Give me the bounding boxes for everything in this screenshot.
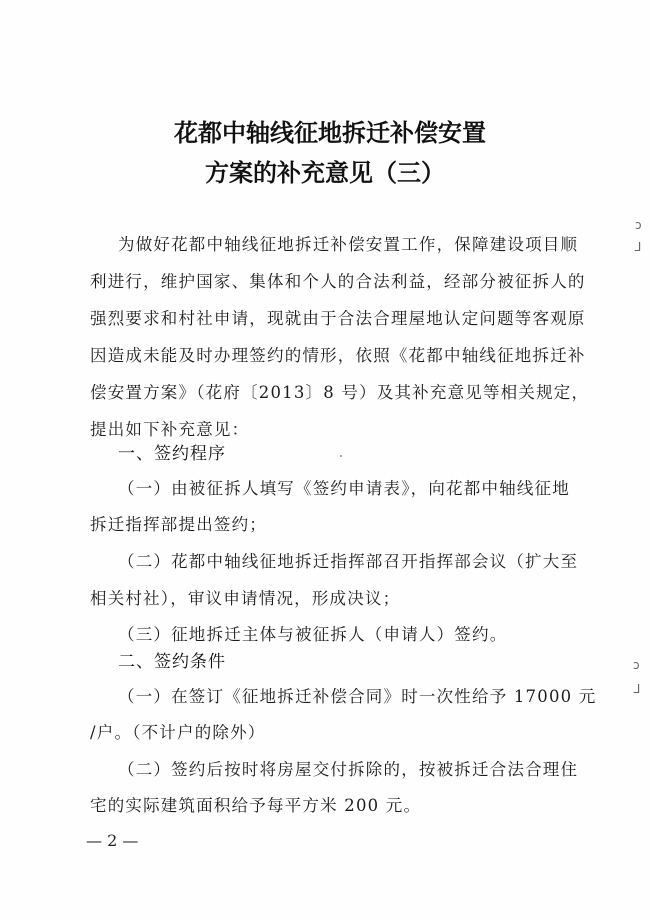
section-heading-signing-conditions: 二、签约条件 (118, 647, 226, 672)
binding-mark: ↄ (635, 218, 642, 232)
intro-line: 强烈要求和村社申请，现就由于合法合理屋地认定问题等客观原 (90, 305, 540, 329)
procedure-item-2-line: 相关村社），审议申请情况，形成决议； (90, 585, 540, 609)
procedure-item-1-line: （一）由被征拆人填写《签约申请表》，向花都中轴线征地 (118, 475, 568, 499)
page-number: — 2 — (86, 831, 138, 850)
condition-item-2-line: （二）签约后按时将房屋交付拆除的，按被拆迁合法合理住 (118, 756, 568, 780)
document-title-line-1: 花都中轴线征地拆迁补偿安置 (5, 113, 650, 148)
intro-line: 提出如下补充意见： (90, 416, 540, 440)
binding-mark: ᒧ (634, 240, 641, 254)
intro-line: 偿安置方案》（花府〔2013〕8 号）及其补充意见等相关规定， (90, 379, 540, 403)
procedure-item-2-line: （二）花都中轴线征地拆迁指挥部召开指挥部会议（扩大至 (118, 548, 568, 572)
section-heading-signing-procedure: 一、签约程序 (118, 439, 226, 464)
procedure-item-1-line: 拆迁指挥部提出签约； (90, 511, 540, 535)
binding-mark: ᒧ (633, 682, 640, 696)
procedure-item-3-line: （三）征地拆迁主体与被征拆人（申请人）签约。 (118, 621, 568, 645)
condition-item-1-line: /户。（不计户的除外） (90, 719, 540, 743)
intro-line: 利进行，维护国家、集体和个人的合法利益，经部分被征拆人的 (90, 268, 540, 292)
intro-line: 因造成未能及时办理签约的情形，依照《花都中轴线征地拆迁补 (90, 342, 540, 366)
document-page: 花都中轴线征地拆迁补偿安置 方案的补充意见（三） 为做好花都中轴线征地拆迁补偿安… (0, 0, 650, 920)
intro-line: 为做好花都中轴线征地拆迁补偿安置工作，保障建设项目顺 (118, 231, 568, 255)
scan-speck (340, 455, 342, 457)
condition-item-2-line: 宅的实际建筑面积给予每平方米 200 元。 (90, 792, 540, 816)
document-title-line-2: 方案的补充意见（三） (0, 153, 650, 188)
condition-item-1-line: （一）在签订《征地拆迁补偿合同》时一次性给予 17000 元 (118, 683, 568, 707)
scan-speck (360, 700, 361, 701)
binding-mark: ↄ (633, 658, 640, 672)
